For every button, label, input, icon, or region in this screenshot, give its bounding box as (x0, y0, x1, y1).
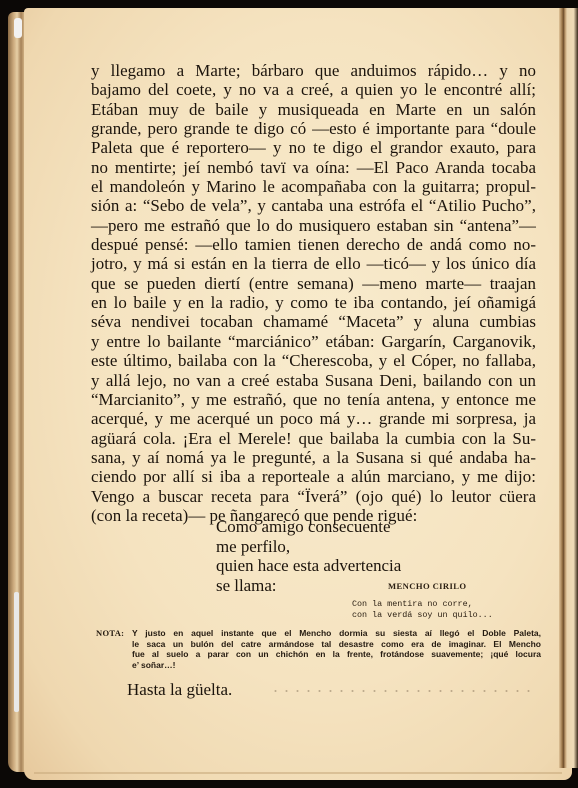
body-line: y llegamo a Marte; bárbaro que anduimos … (91, 61, 536, 80)
note-line: e’ soñar…! (132, 660, 541, 671)
body-line: Paleta que é reportero— y no te digo el … (91, 138, 536, 157)
body-line: bajamo del coete, y no va a creé, a quie… (91, 80, 536, 99)
body-line: “Marcianito”, y me estrañó, que no tenía… (91, 390, 536, 409)
note-line: le saca un bulón del catre armándose tal… (132, 639, 541, 650)
book-spine-gutter (559, 8, 567, 768)
body-line: sana, y aí nomá ya le pregunté, a la Sus… (91, 448, 536, 467)
verse-line: me perfilo, (216, 537, 401, 557)
body-line: en lo baile y en la radio, y como te iba… (91, 293, 536, 312)
signature-block: MENCHO CIRILO Con la mentira no corre, c… (352, 580, 493, 621)
print-speckles (270, 688, 530, 694)
body-line: séva nendivei tocaban chamamé “Maceta” y… (91, 312, 536, 331)
body-line: este último, bailaba con la “Cherescoba,… (91, 351, 536, 370)
signature-motto-line: con la verdá soy un quilo... (352, 610, 493, 621)
body-line: ciendo por allí si iba a reporteale a al… (91, 467, 536, 486)
body-line: el mandoleón y Marino le acompañaba con … (91, 177, 536, 196)
signature-motto-line: Con la mentira no corre, (352, 599, 493, 610)
verse-line: quien hace esta advertencia (216, 556, 401, 576)
note-label: NOTA: (96, 628, 124, 639)
book-photo: y llegamo a Marte; bárbaro que anduimos … (0, 0, 578, 788)
note-body: Y justo en aquel instante que el Mencho … (132, 628, 541, 670)
note-line: Y justo en aquel instante que el Mencho … (132, 628, 541, 639)
body-line: y allá lejo, no van a creé estaba Susana… (91, 371, 536, 390)
closing-line: Hasta la güelta. (127, 680, 232, 700)
body-line: acerqué, y me acerqué un poco má y… gran… (91, 409, 536, 428)
signature-name: MENCHO CIRILO (388, 580, 493, 592)
body-line: agüará cola. ¡Era el Merele! que bailaba… (91, 429, 536, 448)
verse-line: Como amigo consecuente (216, 517, 401, 537)
body-text: y llegamo a Marte; bárbaro que anduimos … (91, 61, 536, 525)
note-line: fue al suelo a parar con un chichón en l… (132, 649, 541, 660)
body-line: grande, pero grande te digo có —esto é i… (91, 119, 536, 138)
body-line: sión a: “Sebo de vela”, y cantaba una es… (91, 196, 536, 215)
body-line: y entre lo bailante “marciánico” etában:… (91, 332, 536, 351)
body-line: Vengo a buscar receta para “Ïverá” (ojo … (91, 487, 536, 506)
body-line: Etában muy de baile y musiqueada en Mart… (91, 100, 536, 119)
page-bottom-edge (34, 772, 562, 774)
body-line: despué pensé: —ello tamien tienen derech… (91, 235, 536, 254)
body-line: no mentirte; jeí nembó tavï va oína: —El… (91, 158, 536, 177)
facing-page-edge (567, 8, 578, 768)
body-line: jotro, y má si están en la tierra de ell… (91, 254, 536, 273)
body-line: —pero me estrañó que lo do musiquero est… (91, 216, 536, 235)
body-line: que se pueden diertí (entre semana) —men… (91, 274, 536, 293)
